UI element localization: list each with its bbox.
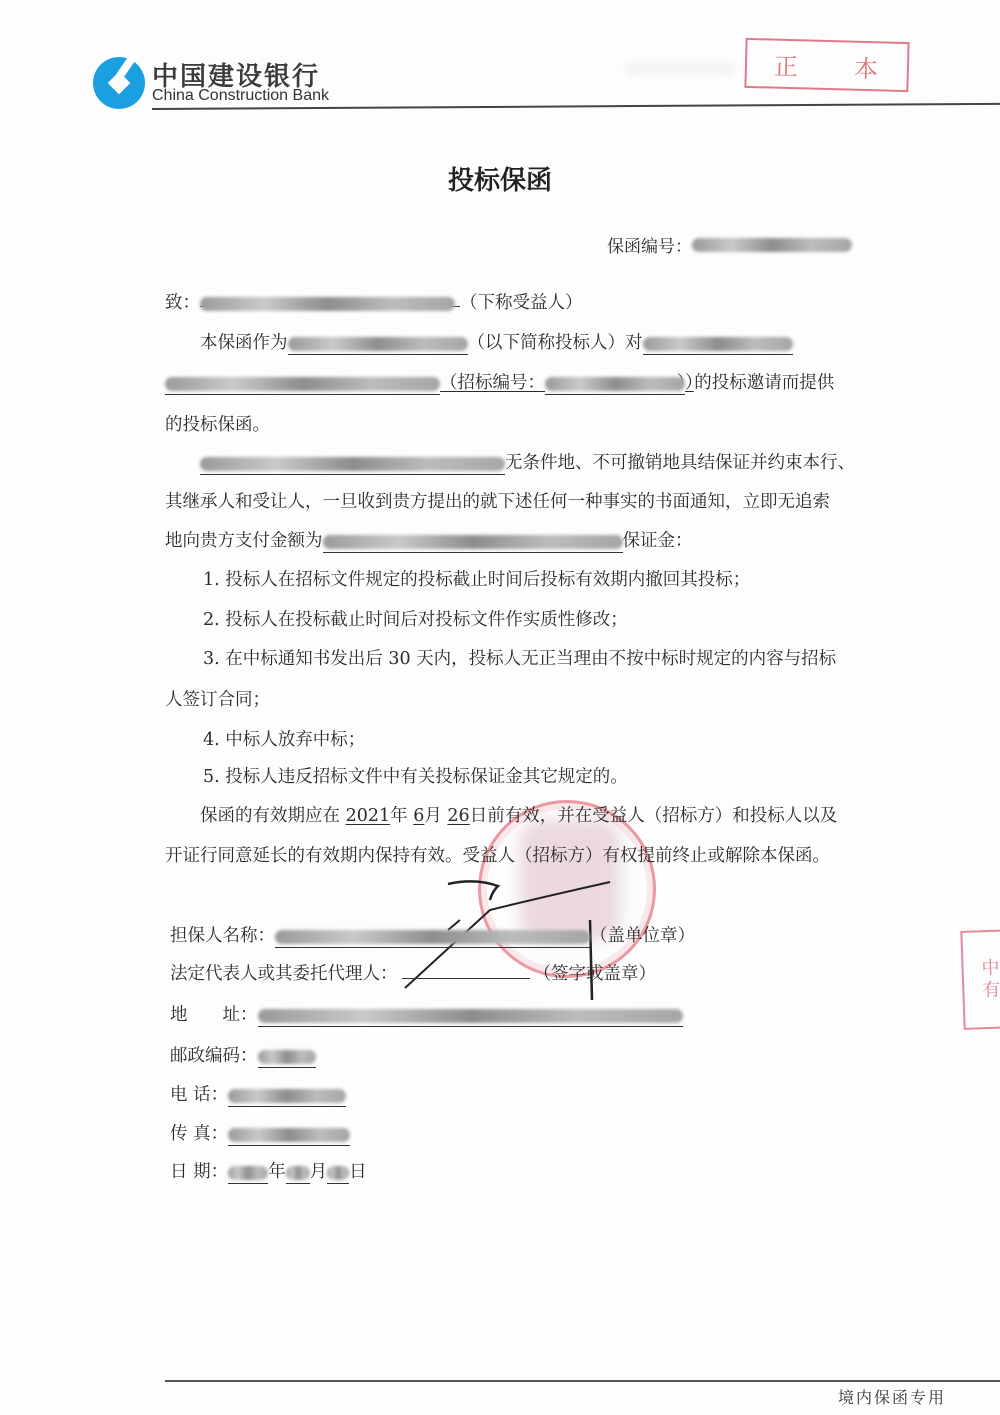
para1-line2: （招标编号：））的投标邀请而提供: [165, 372, 834, 395]
redacted-amount: [323, 535, 623, 549]
ccb-logo-icon: [92, 56, 146, 110]
text: 月: [310, 1162, 328, 1182]
redacted-month: [286, 1166, 310, 1180]
redacted-bidder: [288, 337, 468, 351]
representative-blank: [402, 962, 530, 979]
redacted-tender-no: [545, 377, 685, 391]
condition-3-cont: 人签订合同；: [165, 689, 270, 711]
validity-line2: 开证行同意延长的有效期内保持有效。受益人（招标方）有权提前终止或解除本保函。: [165, 845, 830, 867]
redacted-project-name: [165, 377, 440, 391]
guarantor-row: 担保人名称：（盖单位章）: [170, 925, 695, 948]
validity-year: 2021: [346, 806, 391, 826]
redacted-guarantee-number: [692, 238, 852, 252]
redacted-year: [228, 1166, 268, 1180]
date-row: 日 期：年月日: [170, 1161, 367, 1184]
bank-name-en: China Construction Bank: [152, 87, 329, 105]
text: 年: [268, 1162, 286, 1182]
para2-line2: 其继承人和受让人，一旦收到贵方提出的就下述任何一种事实的书面通知，立即无追索: [165, 491, 830, 513]
validity-month: 6: [413, 806, 424, 826]
redacted-fax: [228, 1128, 350, 1142]
redacted-day: [327, 1166, 349, 1180]
fax-row: 传 真：: [170, 1123, 350, 1146]
representative-row: 法定代表人或其委托代理人：（签字或盖章）: [170, 962, 656, 985]
para1-line1: 本保函作为（以下简称投标人）对: [200, 332, 793, 355]
condition-4: 4. 中标人放弃中标；: [203, 729, 365, 751]
document-title: 投标保函: [0, 160, 1000, 197]
fax-label: 传 真：: [170, 1124, 228, 1144]
date-label: 日 期：: [170, 1162, 228, 1182]
guarantee-number-label: 保函编号：: [607, 232, 692, 257]
redacted-guarantor-name: [275, 930, 590, 944]
text: 保函的有效期应在: [200, 806, 340, 826]
text: 地向贵方支付金额为: [165, 531, 323, 551]
text: （招标编号：: [440, 373, 545, 393]
text: 月: [424, 806, 442, 826]
text: 日: [349, 1162, 367, 1182]
phone-label: 电 话：: [170, 1085, 228, 1105]
text: 本保函作为: [200, 333, 288, 353]
redacted-postcode: [258, 1050, 316, 1064]
phone-row: 电 话：: [170, 1084, 346, 1107]
to-label: 致：: [165, 293, 200, 313]
address-row: 地 址：: [170, 1004, 683, 1027]
redacted-phone: [228, 1089, 346, 1103]
condition-1: 1. 投标人在招标文件规定的投标截止时间后投标有效期内撤回其投标；: [203, 569, 750, 591]
stamp-char: 正: [774, 46, 801, 82]
text: ）的投标邀请而提供: [677, 373, 835, 393]
faint-mark: [625, 62, 735, 76]
footer-label: 境内保函专用: [838, 1385, 946, 1408]
text: 年: [390, 806, 408, 826]
text: （以下简称投标人）对: [468, 333, 643, 353]
postcode-label: 邮政编码：: [170, 1046, 258, 1066]
para2-line1: 无条件地、不可撤销地具结保证并约束本行、: [200, 452, 855, 475]
footer-divider: [165, 1380, 1000, 1382]
guarantor-note: （盖单位章）: [590, 926, 695, 946]
address-label: 地 址：: [170, 1005, 258, 1025]
postcode-row: 邮政编码：: [170, 1045, 316, 1068]
redacted-project: [643, 337, 793, 351]
original-copy-stamp: 正 本: [744, 38, 909, 92]
condition-2: 2. 投标人在投标截止时间后对投标文件作实质性修改；: [203, 609, 628, 631]
side-seal-stamp: 中有: [960, 929, 1000, 1030]
condition-5: 5. 投标人违反招标文件中有关投标保证金其它规定的。: [203, 766, 628, 788]
redacted-address: [258, 1009, 683, 1023]
guarantor-label: 担保人名称：: [170, 926, 275, 946]
para1-line3: 的投标保函。: [165, 414, 270, 436]
text: 保证金：: [623, 531, 693, 551]
guarantee-number: 保函编号：: [607, 232, 852, 257]
validity-line1: 保函的有效期应在 2021年 6月 26日前有效，并在受益人（招标方）和投标人以…: [200, 805, 837, 827]
validity-day: 26: [447, 806, 469, 826]
representative-note: （签字或盖章）: [534, 964, 657, 984]
representative-label: 法定代表人或其委托代理人：: [170, 964, 398, 984]
text: 无条件地、不可撤销地具结保证并约束本行、: [505, 453, 855, 473]
beneficiary-suffix: （下称受益人）: [460, 293, 583, 313]
recipient-line: 致：（下称受益人）: [165, 292, 583, 314]
stamp-char: 本: [854, 48, 881, 84]
redacted-guarantor: [200, 457, 505, 471]
para2-line3: 地向贵方支付金额为保证金：: [165, 530, 693, 553]
redacted-beneficiary: [200, 297, 455, 311]
text: 日前有效，并在受益人（招标方）和投标人以及: [470, 806, 838, 826]
condition-3: 3. 在中标通知书发出后 30 天内，投标人无正当理由不按中标时规定的内容与招标: [203, 648, 836, 670]
